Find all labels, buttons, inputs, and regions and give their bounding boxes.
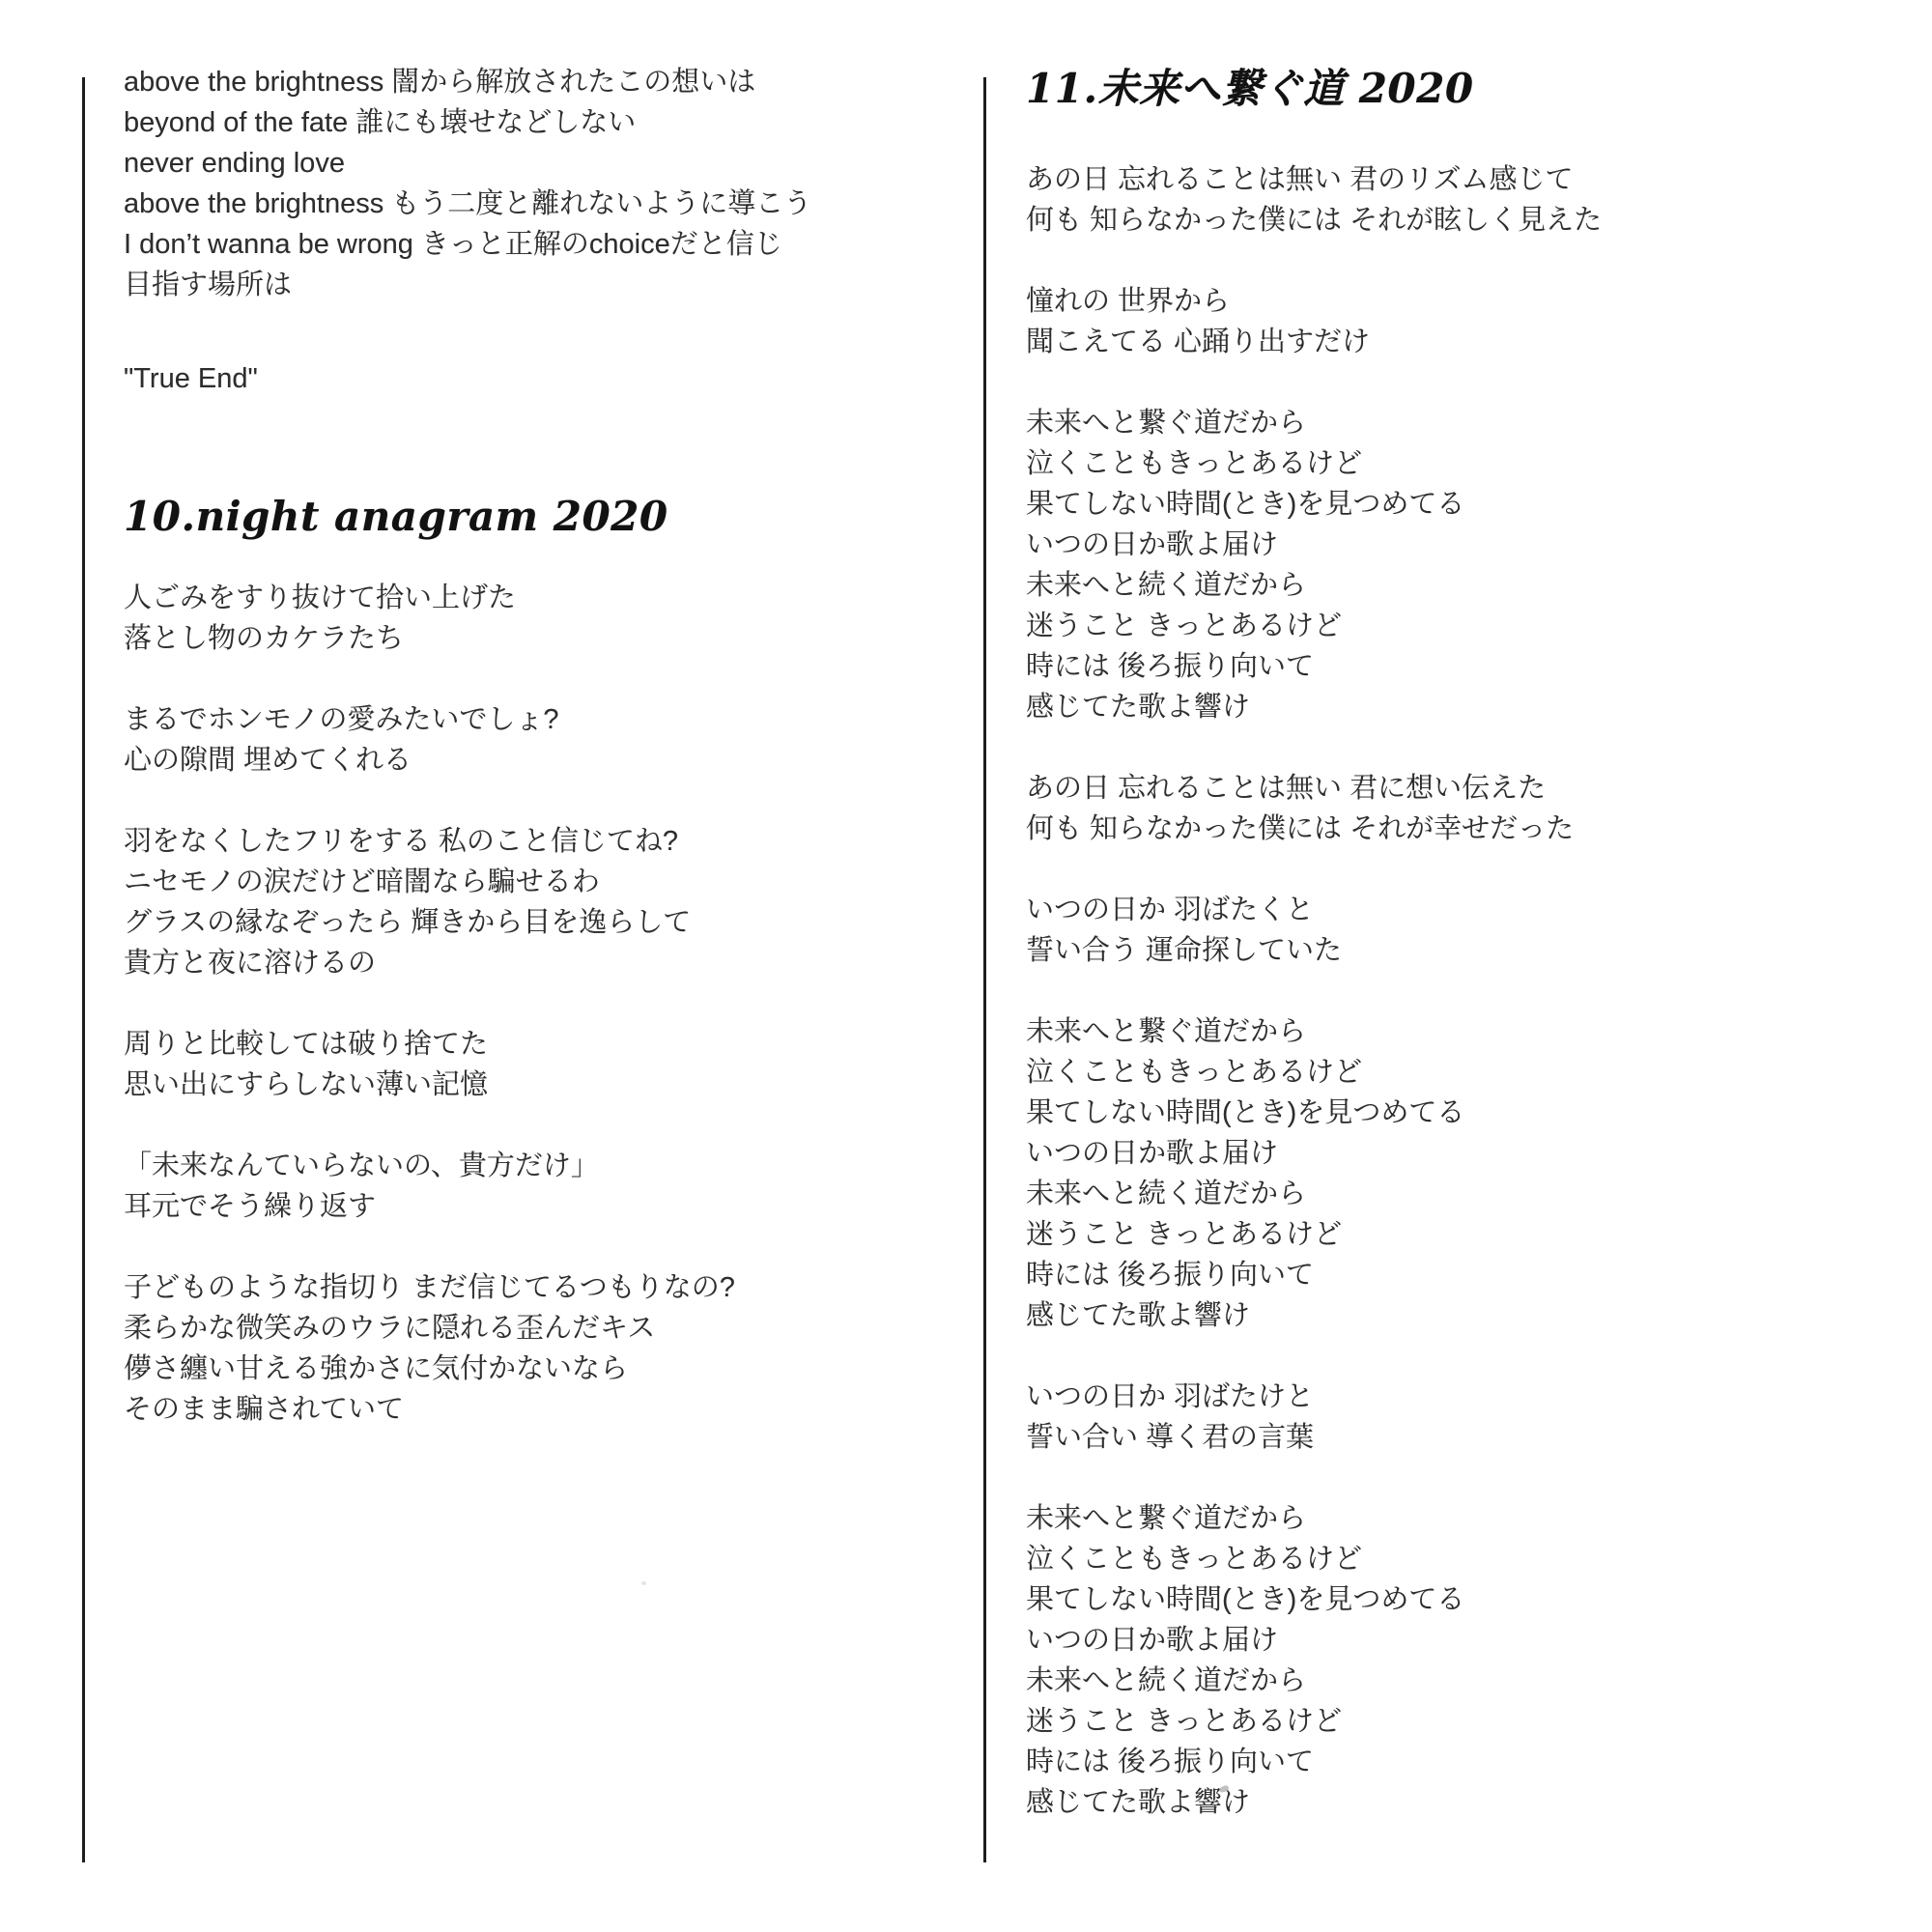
lyric-line: 「未来なんていらないの、貴方だけ」 — [124, 1146, 945, 1186]
lyric-line: 未来へと繋ぐ道だから — [1026, 403, 1895, 443]
lyric-line: 感じてた歌よ響け — [1026, 1295, 1895, 1336]
lyric-line: 未来へと続く道だから — [1026, 565, 1895, 606]
lyric-line: 耳元でそう繰り返す — [124, 1186, 945, 1227]
lyric-line: beyond of the fate 誰にも壊せなどしない — [124, 102, 945, 143]
lyric-line: 羽をなくしたフリをする 私のこと信じてね? — [124, 821, 945, 862]
lyric-line: 未来へと続く道だから — [1026, 1661, 1895, 1701]
lyric-line: 感じてた歌よ響け — [1026, 1782, 1895, 1823]
stanza: あの日 忘れることは無い 君に想い伝えた何も 知らなかった僕には それが幸せだっ… — [1026, 768, 1895, 849]
lyric-line: まるでホンモノの愛みたいでしょ? — [124, 699, 945, 740]
lyrics-booklet-page: above the brightness 闇から解放されたこの想いはbeyond… — [0, 0, 1932, 1932]
stanza: 周りと比較しては破り捨てた思い出にすらしない薄い記憶 — [124, 1024, 945, 1105]
lyric-line: 何も 知らなかった僕には それが幸せだった — [1026, 809, 1895, 849]
stanza: いつの日か 羽ばたくと誓い合う 運命探していた — [1026, 890, 1895, 971]
left-column: above the brightness 闇から解放されたこの想いはbeyond… — [124, 62, 945, 1430]
stanza: 人ごみをすり抜けて拾い上げた落とし物のカケラたち — [124, 578, 945, 659]
lyric-line: あの日 忘れることは無い 君に想い伝えた — [1026, 768, 1895, 809]
lyric-line: 誓い合う 運命探していた — [1026, 930, 1895, 971]
lyric-line: いつの日か 羽ばたくと — [1026, 890, 1895, 930]
lyric-line: 目指す場所は — [124, 265, 945, 305]
lyric-line: 人ごみをすり抜けて拾い上げた — [124, 578, 945, 618]
stanza: 憧れの 世界から聞こえてる 心踊り出すだけ — [1026, 281, 1895, 362]
lyric-line: above the brightness もう二度と離れないように導こう — [124, 184, 945, 224]
lyric-line: 感じてた歌よ響け — [1026, 687, 1895, 727]
stanza: 未来へと繋ぐ道だから泣くこともきっとあるけど果てしない時間(とき)を見つめてるい… — [1026, 403, 1895, 727]
left-margin-rule — [82, 77, 85, 1862]
lyric-line: 果てしない時間(とき)を見つめてる — [1026, 484, 1895, 525]
lyric-line: 周りと比較しては破り捨てた — [124, 1024, 945, 1065]
lyric-line: いつの日か 羽ばたけと — [1026, 1377, 1895, 1417]
lyric-line: 未来へと繋ぐ道だから — [1026, 1011, 1895, 1052]
stanza: 羽をなくしたフリをする 私のこと信じてね?ニセモノの涙だけど暗闇なら騙せるわグラ… — [124, 821, 945, 983]
stanza: 未来へと繋ぐ道だから泣くこともきっとあるけど果てしない時間(とき)を見つめてるい… — [1026, 1011, 1895, 1336]
lyric-line: I don’t wanna be wrong きっと正解のchoiceだと信じ — [124, 224, 945, 265]
stanza: 子どものような指切り まだ信じてるつもりなの?柔らかな微笑みのウラに隠れる歪んだ… — [124, 1267, 945, 1430]
song11-lyrics: あの日 忘れることは無い 君のリズム感じて何も 知らなかった僕には それが眩しく… — [1026, 159, 1895, 1823]
stanza: あの日 忘れることは無い 君のリズム感じて何も 知らなかった僕には それが眩しく… — [1026, 159, 1895, 241]
lyric-line: いつの日か歌よ届け — [1026, 1620, 1895, 1661]
lyric-line: 何も 知らなかった僕には それが眩しく見えた — [1026, 200, 1895, 241]
lyric-line: 時には 後ろ振り向いて — [1026, 1255, 1895, 1295]
lyric-line: 時には 後ろ振り向いて — [1026, 1742, 1895, 1782]
lyric-line: そのまま騙されていて — [124, 1389, 945, 1430]
lyric-line: never ending love — [124, 143, 945, 184]
lyric-line: 果てしない時間(とき)を見つめてる — [1026, 1579, 1895, 1620]
lyric-line: 貴方と夜に溶けるの — [124, 943, 945, 983]
stanza: いつの日か 羽ばたけと誓い合い 導く君の言葉 — [1026, 1377, 1895, 1458]
lyric-line: いつの日か歌よ届け — [1026, 525, 1895, 565]
lyric-line: 落とし物のカケラたち — [124, 618, 945, 659]
lyric-line: 未来へと繋ぐ道だから — [1026, 1498, 1895, 1539]
lyric-line: 迷うこと きっとあるけど — [1026, 606, 1895, 646]
lyric-line: グラスの縁なぞったら 輝きから目を逸らして — [124, 902, 945, 943]
scan-speck — [641, 1581, 646, 1585]
lyric-line: 時には 後ろ振り向いて — [1026, 646, 1895, 687]
song11-title: 11.未来へ繋ぐ道 2020 — [1026, 67, 1895, 111]
lyric-line: 泣くこともきっとあるけど — [1026, 1052, 1895, 1093]
song9-ending-quote: "True End" — [124, 358, 945, 399]
lyric-line: 憧れの 世界から — [1026, 281, 1895, 322]
lyric-line: 思い出にすらしない薄い記憶 — [124, 1065, 945, 1105]
stanza: まるでホンモノの愛みたいでしょ?心の隙間 埋めてくれる — [124, 699, 945, 781]
lyric-line: 果てしない時間(とき)を見つめてる — [1026, 1093, 1895, 1133]
lyric-line: あの日 忘れることは無い 君のリズム感じて — [1026, 159, 1895, 200]
song10-title: 10.night anagram 2020 — [124, 495, 945, 539]
lyric-line: 迷うこと きっとあるけど — [1026, 1214, 1895, 1255]
lyric-line: 泣くこともきっとあるけど — [1026, 443, 1895, 484]
column-divider-rule — [983, 77, 986, 1862]
lyric-line: 子どものような指切り まだ信じてるつもりなの? — [124, 1267, 945, 1308]
song9-continued-lyrics: above the brightness 闇から解放されたこの想いはbeyond… — [124, 62, 945, 305]
lyric-line: 誓い合い 導く君の言葉 — [1026, 1417, 1895, 1458]
lyric-line: 柔らかな微笑みのウラに隠れる歪んだキス — [124, 1308, 945, 1349]
lyric-line: 迷うこと きっとあるけど — [1026, 1701, 1895, 1742]
lyric-line: 泣くこともきっとあるけど — [1026, 1539, 1895, 1579]
lyric-line: 未来へと続く道だから — [1026, 1174, 1895, 1214]
lyric-line: ニセモノの涙だけど暗闇なら騙せるわ — [124, 862, 945, 902]
lyric-line: above the brightness 闇から解放されたこの想いは — [124, 62, 945, 102]
lyric-line: 儚さ纏い甘える強かさに気付かないなら — [124, 1349, 945, 1389]
right-column: 11.未来へ繋ぐ道 2020 あの日 忘れることは無い 君のリズム感じて何も 知… — [1026, 67, 1895, 1823]
lyric-line: 心の隙間 埋めてくれる — [124, 740, 945, 781]
stanza: 未来へと繋ぐ道だから泣くこともきっとあるけど果てしない時間(とき)を見つめてるい… — [1026, 1498, 1895, 1823]
lyric-line: いつの日か歌よ届け — [1026, 1133, 1895, 1174]
song10-lyrics: 人ごみをすり抜けて拾い上げた落とし物のカケラたちまるでホンモノの愛みたいでしょ?… — [124, 578, 945, 1430]
lyric-line: 聞こえてる 心踊り出すだけ — [1026, 322, 1895, 362]
stanza: 「未来なんていらないの、貴方だけ」耳元でそう繰り返す — [124, 1146, 945, 1227]
